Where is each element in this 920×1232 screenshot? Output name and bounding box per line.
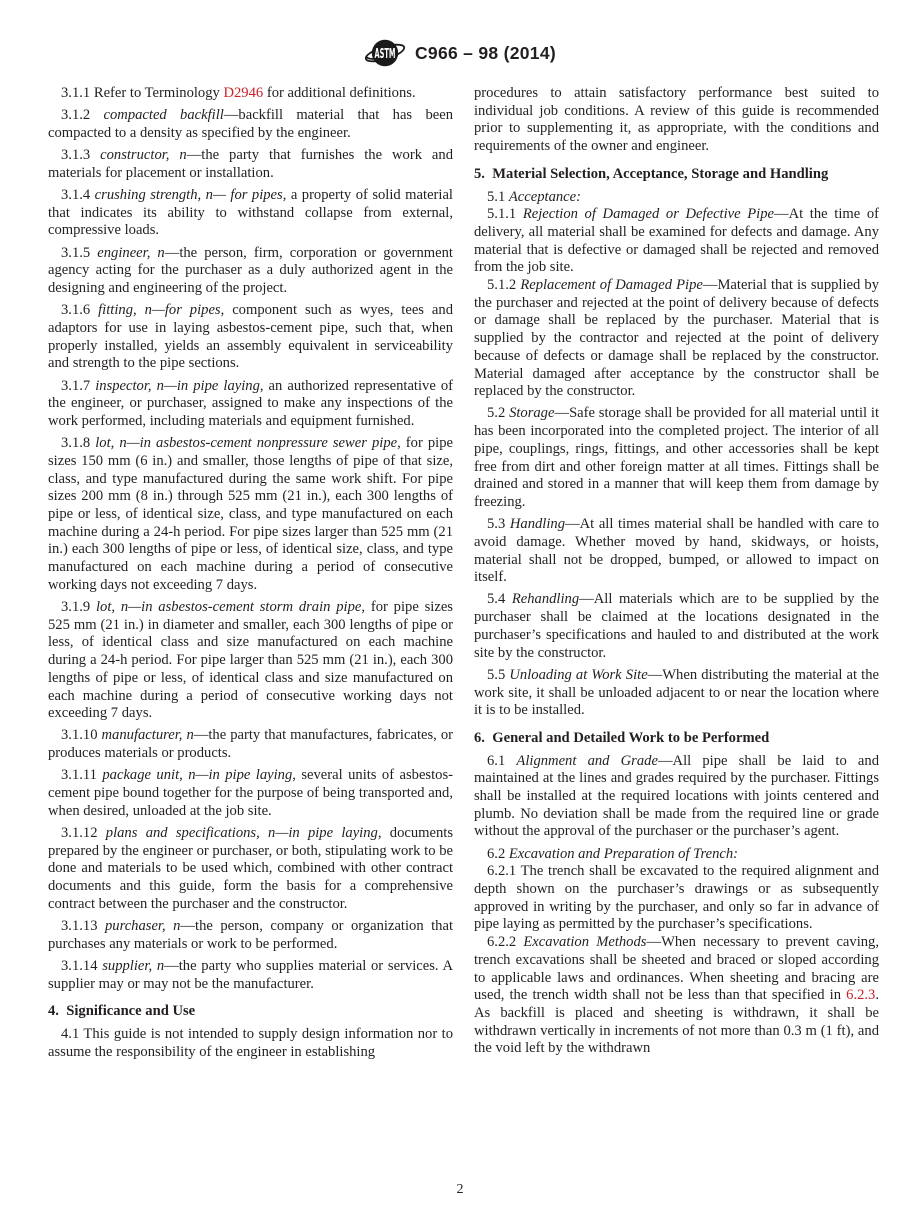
text-run: 3.1.12 xyxy=(61,825,106,841)
paragraph: 3.1.11 package unit, n—in pipe laying, s… xyxy=(48,767,453,820)
text-run: 5.3 xyxy=(487,516,510,532)
text-run: Unloading at Work Site xyxy=(509,667,647,683)
text-run: Rejection of Damaged or Defective Pipe xyxy=(523,206,774,222)
text-run: , for pipe sizes 525 mm (21 in.) in diam… xyxy=(48,599,453,721)
text-run: 6.2.2 xyxy=(487,934,523,950)
text-run: Rehandling xyxy=(512,591,579,607)
text-run: lot, n—in asbestos-cement nonpressure se… xyxy=(95,435,397,451)
section-heading: 6. General and Detailed Work to be Perfo… xyxy=(474,730,879,748)
text-run: Alignment and Grade xyxy=(516,753,658,769)
paragraph: 3.1.10 manufacturer, n—the party that ma… xyxy=(48,727,453,762)
text-run: 3.1.1 Refer to Terminology xyxy=(61,85,223,101)
paragraph: 3.1.13 purchaser, n—the person, company … xyxy=(48,918,453,953)
paragraph: 4.1 This guide is not intended to supply… xyxy=(48,1026,453,1061)
text-run: 3.1.14 xyxy=(61,958,102,974)
paragraph: 5.1.1 Rejection of Damaged or Defective … xyxy=(474,206,879,277)
text-run: supplier, n xyxy=(102,958,164,974)
text-run: manufacturer, n xyxy=(102,727,194,743)
paragraph: 3.1.9 lot, n—in asbestos-cement storm dr… xyxy=(48,599,453,723)
text-run: Handling xyxy=(510,516,565,532)
reference-link[interactable]: D2946 xyxy=(223,85,263,101)
paragraph: 3.1.5 engineer, n—the person, firm, corp… xyxy=(48,245,453,298)
paragraph: 6.1 Alignment and Grade—All pipe shall b… xyxy=(474,753,879,842)
section-heading: 5. Material Selection, Acceptance, Stora… xyxy=(474,166,879,184)
text-run: for additional definitions. xyxy=(263,85,415,101)
text-run: Acceptance: xyxy=(509,189,581,205)
svg-text:ASTM: ASTM xyxy=(374,47,395,62)
text-run: lot, n—in asbestos-cement storm drain pi… xyxy=(96,599,361,615)
text-run: fitting, n—for pipes xyxy=(98,302,220,318)
paragraph: 3.1.3 constructor, n—the party that furn… xyxy=(48,147,453,182)
reference-link[interactable]: 6.2.3 xyxy=(846,987,875,1003)
text-run: inspector, n—in pipe laying xyxy=(95,378,260,394)
paragraph: 6.2.1 The trench shall be excavated to t… xyxy=(474,863,879,934)
text-run: compacted backfill xyxy=(104,107,224,123)
text-run: 5.1 xyxy=(487,189,509,205)
paragraph: 5.1.2 Replacement of Damaged Pipe—Materi… xyxy=(474,277,879,401)
text-run: constructor, n xyxy=(100,147,187,163)
page-footer: 2 xyxy=(0,1182,920,1198)
paragraph: 3.1.4 crushing strength, n— for pipes, a… xyxy=(48,187,453,240)
text-run: 3.1.8 xyxy=(61,435,95,451)
text-run: package unit, n—in pipe laying xyxy=(102,767,292,783)
document-body: 3.1.1 Refer to Terminology D2946 for add… xyxy=(0,70,920,1061)
section-heading: 4. Significance and Use xyxy=(48,1003,453,1021)
text-run: 3.1.10 xyxy=(61,727,102,743)
text-run: 6.2.1 The trench shall be excavated to t… xyxy=(474,863,879,932)
paragraph: 5.2 Storage—Safe storage shall be provid… xyxy=(474,405,879,511)
paragraph: 6.2.2 Excavation Methods—When necessary … xyxy=(474,934,879,1058)
text-run: 3.1.9 xyxy=(61,599,96,615)
text-run: procedures to attain satisfactory perfor… xyxy=(474,85,879,154)
text-run: plans and specifications, n—in pipe layi… xyxy=(106,825,378,841)
paragraph: procedures to attain satisfactory perfor… xyxy=(474,85,879,156)
text-run: 6.1 xyxy=(487,753,516,769)
text-run: 5.2 xyxy=(487,405,509,421)
paragraph: 5.1 Acceptance: xyxy=(474,189,879,207)
text-run: Excavation Methods xyxy=(523,934,646,950)
paragraph: 5.4 Rehandling—All materials which are t… xyxy=(474,591,879,662)
text-run: 3.1.6 xyxy=(61,302,98,318)
text-run: purchaser, n xyxy=(105,918,180,934)
text-run: 4.1 This guide is not intended to supply… xyxy=(48,1026,453,1060)
paragraph: 3.1.14 supplier, n—the party who supplie… xyxy=(48,958,453,993)
text-run: 3.1.2 xyxy=(61,107,104,123)
text-run: 3.1.4 xyxy=(61,187,95,203)
text-run: 3.1.11 xyxy=(61,767,102,783)
text-run: crushing strength, n— for pipes xyxy=(95,187,283,203)
column-right: procedures to attain satisfactory perfor… xyxy=(474,85,879,1061)
paragraph: 5.3 Handling—At all times material shall… xyxy=(474,516,879,587)
page-header: ASTM C966 – 98 (2014) xyxy=(0,0,920,70)
text-run: engineer, n xyxy=(97,245,164,261)
paragraph: 3.1.12 plans and specifications, n—in pi… xyxy=(48,825,453,914)
paragraph: 3.1.8 lot, n—in asbestos-cement nonpress… xyxy=(48,435,453,594)
text-run: 6.2 xyxy=(487,846,509,862)
paragraph: 3.1.7 inspector, n—in pipe laying, an au… xyxy=(48,378,453,431)
text-run: Replacement of Damaged Pipe xyxy=(520,277,703,293)
page-number: 2 xyxy=(457,1182,464,1197)
text-run: 3.1.13 xyxy=(61,918,105,934)
paragraph: 5.5 Unloading at Work Site—When distribu… xyxy=(474,667,879,720)
text-run: 5.1.1 xyxy=(487,206,523,222)
text-run: 5.1.2 xyxy=(487,277,520,293)
astm-logo-icon: ASTM xyxy=(364,36,406,70)
text-run: 5.5 xyxy=(487,667,509,683)
text-run: , for pipe sizes 150 mm (6 in.) and smal… xyxy=(48,435,453,593)
paragraph: 3.1.6 fitting, n—for pipes, component su… xyxy=(48,302,453,373)
text-run: Excavation and Preparation of Trench: xyxy=(509,846,738,862)
paragraph: 3.1.2 compacted backfill—backfill materi… xyxy=(48,107,453,142)
text-run: —Material that is supplied by the purcha… xyxy=(474,277,879,399)
text-run: Storage xyxy=(509,405,554,421)
column-left: 3.1.1 Refer to Terminology D2946 for add… xyxy=(48,85,453,1061)
doc-code: C966 – 98 (2014) xyxy=(415,43,556,64)
paragraph: 6.2 Excavation and Preparation of Trench… xyxy=(474,846,879,864)
text-run: 3.1.5 xyxy=(61,245,97,261)
text-run: 3.1.7 xyxy=(61,378,95,394)
paragraph: 3.1.1 Refer to Terminology D2946 for add… xyxy=(48,85,453,103)
text-run: 5.4 xyxy=(487,591,512,607)
text-run: 3.1.3 xyxy=(61,147,100,163)
